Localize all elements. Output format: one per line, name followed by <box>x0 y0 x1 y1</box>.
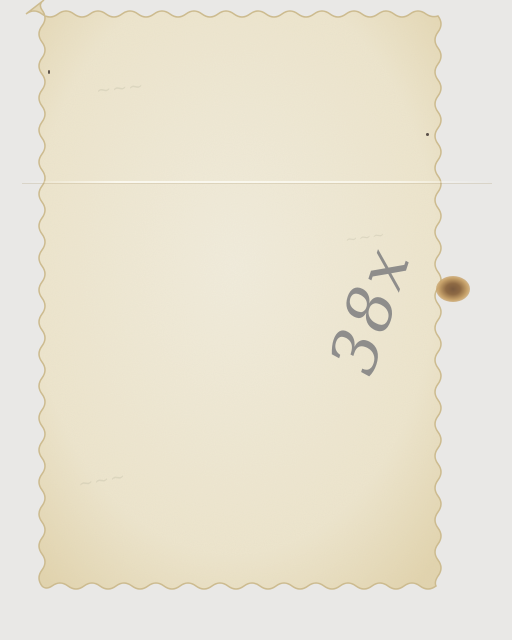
paper-crease <box>22 181 492 183</box>
brown-stain-spot <box>436 276 470 302</box>
photo-card-back <box>0 0 512 640</box>
scanner-background: ~~~ ~~~ ~~~ 38x <box>0 0 512 640</box>
speck <box>426 133 429 136</box>
speck <box>48 70 50 74</box>
